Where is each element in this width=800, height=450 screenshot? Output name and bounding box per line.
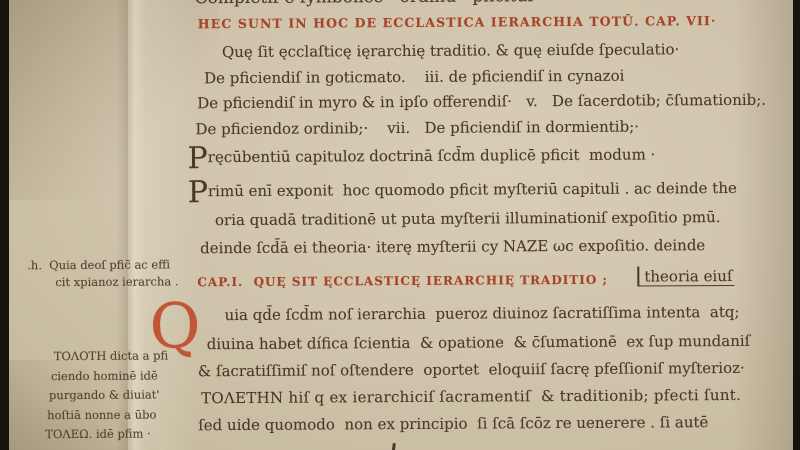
initial-p: P bbox=[188, 175, 208, 210]
scan-edge-left bbox=[0, 0, 9, 450]
clipped-top-line: Completiſ ē ſymbolicē ordinū pficitur· bbox=[195, 0, 541, 8]
capitula-line-2: De pficiendiſ in goticmato. iii. de pfic… bbox=[204, 67, 624, 88]
initial-p: P bbox=[187, 141, 207, 176]
capitula-line-1: Quę ſit ęcclaſticę ięrarchię traditio. &… bbox=[222, 40, 679, 61]
paragraph-3-line-1: uia qd̄e ſcd̄m noſ ierarchia pueroz diui… bbox=[224, 303, 739, 324]
left-margin-note-1-line-2: cit xpianoz ierarcha . bbox=[55, 274, 178, 289]
chapter-1-heading-rubric: CAP.I. QUĘ SIT ĘCCLASTICĘ IERARCHIĘ TRAD… bbox=[197, 273, 608, 290]
left-margin-note-2-line-4: hoſtiā nonne a ūbo bbox=[47, 407, 156, 422]
paragraph-1: Pręcūbentiū capituloz doctrinā ſcd̄m dup… bbox=[188, 145, 656, 168]
partial-next-line-stroke bbox=[392, 443, 396, 450]
left-margin-note-2-line-2: ciendo hominē idē bbox=[51, 368, 158, 383]
scan-edge-right bbox=[793, 0, 800, 450]
chapter-list-rubric: HEC SUNT IN HOC DE ECCLASTICA IERARCHIA … bbox=[198, 13, 717, 31]
paragraph-1-text: ręcūbentiū capituloz doctrinā ſcd̄m dupl… bbox=[208, 145, 656, 166]
left-margin-note-2-line-5: ΤΟΛΕΩ. idē pfim · bbox=[45, 427, 150, 442]
text-block: Completiſ ē ſymbolicē ordinū pficitur· H… bbox=[0, 0, 800, 450]
paragraph-2-line-1: Primū enī exponit hoc quomodo pficit myſ… bbox=[188, 179, 737, 202]
paragraph-2-line-3: deinde ſcd̄ā ei theoria· iterę myſterii … bbox=[200, 236, 705, 257]
paragraph-3-line-3: & ſacratiſſimiſ noſ oſtendere oportet el… bbox=[198, 359, 745, 380]
paragraph-3-line-2: diuina habet dífica ſcientia & opatione … bbox=[207, 332, 751, 353]
right-margin-gloss: theoria eiuſ bbox=[637, 266, 734, 287]
left-margin-note-1-line-1: .h. Quia deoſ pfic̄ ac effi bbox=[27, 257, 170, 272]
manuscript-page: Completiſ ē ſymbolicē ordinū pficitur· H… bbox=[0, 0, 800, 450]
paragraph-3-line-4: ΤΟΛΕΤΗΝ hiſ q ex ierarchiciſ ſacramentiſ… bbox=[201, 386, 741, 407]
left-margin-note-2-line-3: purgando & diuiat' bbox=[49, 387, 160, 402]
capitula-line-3: De pficiendiſ in myro & in ipſo offerend… bbox=[197, 91, 766, 112]
paragraph-3-line-5: ſed uide quomodo non ex principio ſi ſcā… bbox=[198, 413, 708, 434]
paragraph-2-line-1-text: rimū enī exponit hoc quomodo pficit myſt… bbox=[208, 179, 737, 200]
left-margin-note-2-line-1: ΤΟΛΟΤΗ dicta a pfi bbox=[54, 348, 168, 363]
paragraph-2-line-2: oria quadā traditionē ut puta myſterii i… bbox=[215, 208, 721, 229]
capitula-line-4: De pficiendoz ordinib;· vii. De pficiend… bbox=[195, 118, 639, 139]
